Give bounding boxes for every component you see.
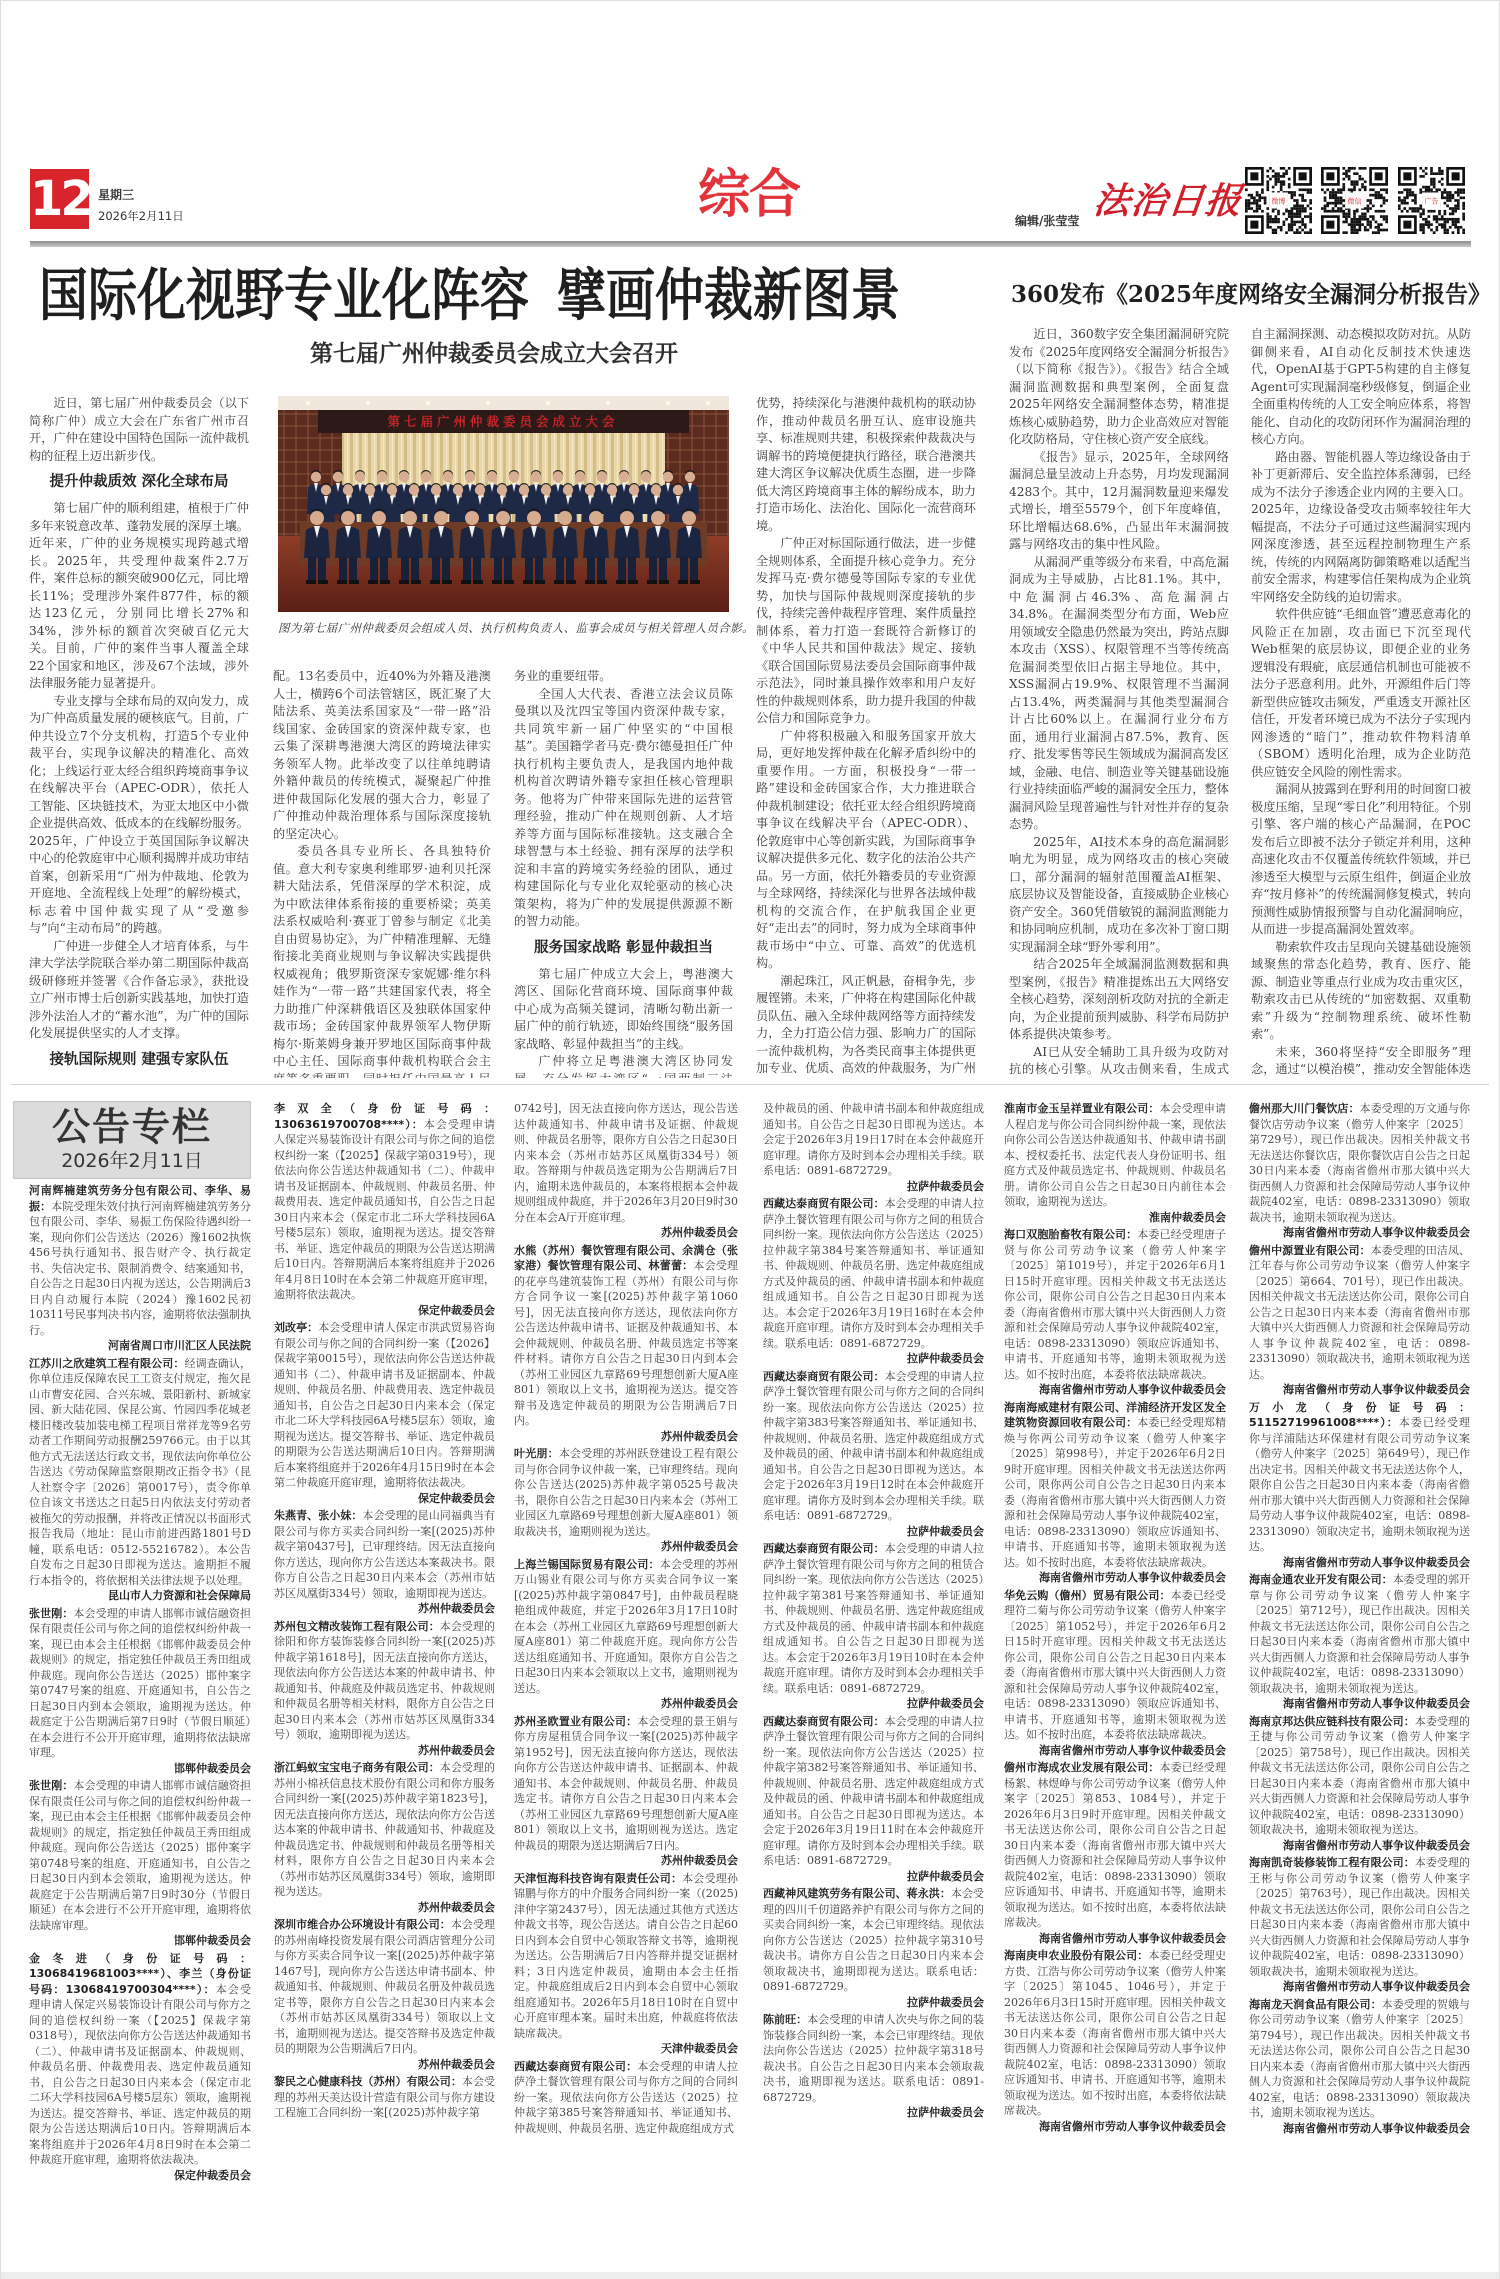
paragraph: 全国人大代表、香港立法会议员陈曼琪以及沈四宝等国内资深仲裁专家，共同筑牢新一届广… (514, 686, 733, 931)
notice-addressee: 西藏达泰商贸有限公司： (763, 1197, 885, 1210)
notice: 海南龙天润食品有限公司：本委受理的贺娥与你公司劳动争议案（儋劳人仲案字〔2025… (1249, 1997, 1470, 2137)
notice-text: 本会受理的苏州万山锡业有限公司与你方买卖合同争议一案[(2025)苏仲裁字第08… (514, 1558, 738, 1695)
notice: 深圳市维合办公环境设计有限公司：本会受理的苏州南峰投资发展有限公司酒店管理分公司… (274, 1917, 495, 2072)
notice-issuer: 海南省儋州市劳动人事争议仲裁委员会 (1249, 1555, 1470, 1571)
notice-issuer: 苏州仲裁委员会 (274, 1601, 495, 1617)
report-column-b: 自主漏洞探测、动态模拟攻防对抗。从防御侧来看，AI自动化反制技术快速迭代，Ope… (1251, 326, 1471, 1078)
weekday: 星期三 (98, 186, 134, 203)
notice-issuer: 河南省周口市川汇区人民法院 (29, 1338, 251, 1354)
notice-text: 本院受理朱效付执行河南辉楠建筑劳务分包有限公司、李华、易振工伤保险待遇纠纷一案，… (29, 1200, 251, 1337)
paragraph: 广仲正对标国际通行做法，进一步健全规则体系，全面提升核心竞争力。充分发挥马克·费… (756, 535, 976, 728)
notice-addressee: 海南京邦达供应链科技有限公司： (1249, 1715, 1415, 1728)
notice-text: 本委已经受理史方贵、江浩与你公司劳动争议案（儋劳人仲案字〔2025〕第1045、… (1004, 1949, 1226, 2117)
notice-text: 本会受理申请人程启龙与你公司合同纠纷仲裁一案，现依法向你公司公告送达仲裁通知书、… (1004, 1102, 1226, 1208)
notice-issuer: 海南省儋州市劳动人事争议仲裁委员会 (1004, 1931, 1226, 1947)
notice-body: 张世刚：本会受理的申请人邯郸市诚信融资担保有限责任公司与你之间的追偿权纠纷仲裁一… (29, 1606, 251, 1761)
notice-body: 刘改亭：本会受理申请人保定市洪武贸易咨询有限公司与你之间的合同纠纷一案（【202… (274, 1320, 495, 1491)
notice-addressee: 海口双胞胎畜牧有限公司： (1004, 1228, 1137, 1241)
masthead-logo: 法治日报 (1091, 169, 1246, 233)
notice-addressee: 江苏川之欣建筑工程有限公司： (29, 1357, 184, 1370)
notice: 及仲裁员的函、仲裁申请书副本和仲裁庭组成通知书。自公告之日起30日即视为送达。本… (763, 1101, 984, 1194)
notice-body: 水熊（苏州）餐饮管理有限公司、余满仓（张家港）餐饮管理有限公司、林蕾蕾：本会受理… (514, 1243, 738, 1429)
paragraph: 接轨国际规则 建强专家队伍 (29, 1043, 249, 1078)
notice-issuer: 苏州仲裁委员会 (514, 1853, 738, 1869)
notice: 苏州包文精改装饰工程有限公司：本会受理的徐阳和你方装饰装修合同纠纷一案[(202… (274, 1619, 495, 1759)
notice-issuer: 海南省儋州市劳动人事争议仲裁委员会 (1249, 1979, 1470, 1995)
bulletin-column-6: 儋州那大川门餐饮店：本委受理的万文通与你餐饮店劳动争议案（儋劳人仲案字〔2025… (1249, 1101, 1470, 2269)
notice-issuer: 邯郸仲裁委员会 (29, 1933, 251, 1949)
notice-addressee: 苏州包文精改装饰工程有限公司： (274, 1620, 440, 1633)
paragraph: 提升仲裁质效 深化全球布局 (29, 465, 249, 500)
notice-text: 本委受理的王彬与你公司劳动争议案（儋劳人仲案字〔2025〕第763号），现已作出… (1249, 1856, 1470, 1978)
notice-text: 本会受理的四川千仞道路养护有限公司与你方之间的买卖合同纠纷一案，本会已审理终结。… (763, 1887, 984, 1993)
notice-text: 本会受理的昆山同福典当有限公司与你方买卖合同纠纷一案[(2025)苏仲裁字第04… (274, 1509, 495, 1600)
notice-body: 西藏达泰商贸有限公司：本会受理的申请人拉萨净土餐饮管理有限公司与你方之间的租赁合… (763, 1541, 984, 1696)
notice-text: 本会受理的申请人拉萨净土餐饮管理有限公司与你方之间的租赁合同纠纷一案。现依法向你… (763, 1542, 984, 1695)
notice-body: 海口双胞胎畜牧有限公司：本委已经受理唐子贤与你公司劳动争议案（儋劳人仲案字〔20… (1004, 1227, 1226, 1382)
notice: 万小龙（身份证号码：51152719961008****）：本委已经受理你与洋浦… (1249, 1400, 1470, 1571)
notice-body: 淮南市金玉呈祥置业有限公司：本会受理申请人程启龙与你公司合同纠纷仲裁一案，现依法… (1004, 1101, 1226, 1210)
notice-issuer: 海南省儋州市劳动人事争议仲裁委员会 (1004, 1570, 1226, 1586)
notice-addressee: 西藏达泰商贸有限公司： (763, 1715, 885, 1728)
notice-body: 陈前旺：本会受理的申请人次央与你之间的装饰装修合同纠纷一案，本会已审理终结。现依… (763, 2012, 984, 2105)
notice-body: 西藏达泰商贸有限公司：本会受理的申请人拉萨净土餐饮管理有限公司与你方之间的合同纠… (763, 1714, 984, 1869)
notice-text: 本会受理申请人保定市洪武贸易咨询有限公司与你之间的合同纠纷一案（【2026】保裁… (274, 1321, 495, 1489)
notice-issuer: 苏州仲裁委员会 (514, 1429, 738, 1445)
notice-text: 本委受理的郭开章与你公司劳动争议案（儋劳人仲案字〔2025〕第712号），现已作… (1249, 1573, 1470, 1695)
report-column-a: 近日，360数字安全集团漏洞研究院发布《2025年度网络安全漏洞分析报告》（以下… (1009, 326, 1229, 1078)
notice-body: 李双全（身份证号码：13063619700708****）：本会受理申请人保定兴… (274, 1101, 495, 1303)
notice-text: 本会受理的徐阳和你方装饰装修合同纠纷一案[(2025)苏仲裁字第1618号]，因… (274, 1620, 495, 1742)
header-rule (30, 241, 1471, 247)
qr-code-weixin-icon: 微信 (1321, 167, 1388, 234)
notice-issuer: 拉萨仲裁委员会 (763, 1179, 984, 1195)
qr-code-ad-icon: 广告 (1398, 167, 1465, 234)
notice-addressee: 海南凯奇装修装饰工程有限公司： (1249, 1856, 1415, 1869)
notice-issuer: 苏州仲裁委员会 (514, 1539, 738, 1555)
notice-issuer: 海南省儋州市劳动人事争议仲裁委员会 (1249, 2121, 1470, 2137)
notice-body: 张世刚：本会受理的申请人邯郸市诚信融资担保有限责任公司与你之间的追偿权纠纷仲裁一… (29, 1778, 251, 1933)
notice-issuer: 海南省儋州市劳动人事争议仲裁委员会 (1249, 1382, 1470, 1398)
notice: 西藏达泰商贸有限公司：本会受理的申请人拉萨净土餐饮管理有限公司与你方之间的租赁合… (763, 1196, 984, 1367)
paragraph: 软件供应链“毛细血管”遭恶意毒化的风险正在加剧，攻击面已下沉至现代Web框架的底… (1251, 606, 1471, 781)
notice-body: 儋州市海成农业发展有限公司：本委已经受理杨絮、林煜峥与你公司劳动争议案（儋劳人仲… (1004, 1760, 1226, 1931)
notice-issuer: 海南省儋州市劳动人事争议仲裁委员会 (1249, 1225, 1470, 1241)
notice-body: 海南金通农业开发有限公司：本委受理的郭开章与你公司劳动争议案（儋劳人仲案字〔20… (1249, 1572, 1470, 1696)
notice-body: 浙江蚂蚁宝宝电子商务有限公司：本会受理的苏州小棉袄信息技术股份有限公司和你方服务… (274, 1760, 495, 1900)
notice-body: 海南京邦达供应链科技有限公司：本委受理的王捷与你公司劳动争议案（儋劳人仲案字〔2… (1249, 1714, 1470, 1838)
notice-addressee: 西藏达泰商贸有限公司： (763, 1370, 885, 1383)
notice-body: 西藏达泰商贸有限公司：本会受理的申请人拉萨净土餐饮管理有限公司与你方之间的合同纠… (763, 1369, 984, 1524)
notice-addressee: 浙江蚂蚁宝宝电子商务有限公司： (274, 1761, 440, 1774)
notice-issuer: 海南省儋州市劳动人事争议仲裁委员会 (1004, 2119, 1226, 2135)
notice-body: 苏州圣欧置业有限公司：本会受理的景王娟与你方房屋租赁合同争议一案[(2025)苏… (514, 1714, 738, 1854)
notice: 黎民之心健康科技（苏州）有限公司：本会受理的苏州天美达设计营造有限公司与你方建设… (274, 2074, 495, 2121)
bulletin-column-4: 及仲裁员的函、仲裁申请书副本和仲裁庭组成通知书。自公告之日起30日即视为送达。本… (763, 1101, 984, 2269)
qr-label: 微信 (1348, 196, 1362, 205)
notice: 水熊（苏州）餐饮管理有限公司、余满仓（张家港）餐饮管理有限公司、林蕾蕾：本会受理… (514, 1243, 738, 1445)
notice-body: 黎民之心健康科技（苏州）有限公司：本会受理的苏州天美达设计营造有限公司与你方建设… (274, 2074, 495, 2121)
notice: 朱燕青、张小妹：本会受理的昆山同福典当有限公司与你方买卖合同纠纷一案[(2025… (274, 1508, 495, 1617)
notice-body: 河南辉楠建筑劳务分包有限公司、李华、易振：本院受理朱效付执行河南辉楠建筑劳务分包… (29, 1183, 251, 1338)
notice-body: 儋州那大川门餐饮店：本委受理的万文通与你餐饮店劳动争议案（儋劳人仲案字〔2025… (1249, 1101, 1470, 1225)
notice-text: 本会受理的苏州南峰投资发展有限公司酒店管理分公司与你方买卖合同争议一案[(202… (274, 1918, 495, 2055)
report-title: 360发布《2025年度网络安全漏洞分析报告》 (1011, 280, 1491, 310)
paragraph: 结合2025年全域漏洞监测数据和典型案例，《报告》精准提炼出五大网络安全核心趋势… (1009, 956, 1229, 1044)
notice-issuer: 拉萨仲裁委员会 (763, 1869, 984, 1885)
notice-addressee: 淮南市金玉呈祥置业有限公司： (1004, 1102, 1159, 1115)
notice-issuer: 海南省儋州市劳动人事争议仲裁委员会 (1249, 1696, 1470, 1712)
notice-issuer: 邯郸仲裁委员会 (29, 1761, 251, 1777)
notice-issuer: 苏州仲裁委员会 (514, 1696, 738, 1712)
bulletin-column-5: 淮南市金玉呈祥置业有限公司：本会受理申请人程启龙与你公司合同纠纷仲裁一案，现依法… (1004, 1101, 1226, 2269)
notice-body: 深圳市维合办公环境设计有限公司：本会受理的苏州南峰投资发展有限公司酒店管理分公司… (274, 1917, 495, 2057)
notice-body: 西藏神风建筑劳务有限公司、蒋永洪：本会受理的四川千仞道路养护有限公司与你方之间的… (763, 1886, 984, 1995)
notice-addressee: 张世刚： (29, 1779, 73, 1792)
notice: 张世刚：本会受理的申请人邯郸市诚信融资担保有限责任公司与你之间的追偿权纠纷仲裁一… (29, 1778, 251, 1949)
notice-body: 金冬进（身份证号码：13068419681003****）、李兰（身份证号码：1… (29, 1951, 251, 2168)
photo-banner-text: 第七届广州仲裁委员会成立大会 (387, 414, 618, 429)
paragraph: 自主漏洞探测、动态模拟攻防对抗。从防御侧来看，AI自动化反制技术快速迭代，Ope… (1251, 326, 1471, 449)
section-title: 综合 (698, 163, 800, 227)
newspaper-page: 12 星期三 2026年2月11日 综合 编辑/张莹莹 法治日报 微博 微信 广… (0, 0, 1500, 2279)
notice-body: 江苏川之欣建筑工程有限公司：经调查确认，你单位违反保障农民工工资支付规定，拖欠昆… (29, 1356, 251, 1589)
notice-text: 本委已经受理符二菊与你公司劳动争议案（儋劳人仲案字〔2025〕第1052号），并… (1004, 1589, 1226, 1742)
notice-issuer: 拉萨仲裁委员会 (763, 2105, 984, 2121)
qr-code-weibo-icon: 微博 (1245, 167, 1312, 234)
paragraph: 广仲进一步健全人才培育体系，与牛津大学法学院联合举办第二期国际仲裁高级研修班并签… (29, 938, 249, 1043)
paragraph: 专业支撑与全球布局的双向发力，成为广仲高质量发展的硬核底气。目前，广仲共设立7个… (29, 693, 249, 938)
article-subtitle: 第七届广州仲裁委员会成立大会召开 (310, 340, 678, 368)
notice-text: 本会受理的申请人邯郸市诚信融资担保有限责任公司与你之间的追偿权纠纷仲裁一案，现已… (29, 1607, 251, 1760)
qr-label: 微博 (1272, 196, 1286, 205)
qr-label: 广告 (1425, 196, 1439, 205)
notice-issuer: 拉萨仲裁委员会 (763, 1995, 984, 2011)
notice-addressee: 西藏神风建筑劳务有限公司、蒋永洪： (763, 1887, 951, 1900)
notice-issuer: 苏州仲裁委员会 (274, 2057, 495, 2073)
notice-addressee: 黎民之心健康科技（苏州）有限公司： (274, 2075, 462, 2088)
notice: 海南金通农业开发有限公司：本委受理的郭开章与你公司劳动争议案（儋劳人仲案字〔20… (1249, 1572, 1470, 1712)
notice: 海南庚申农业股份有限公司：本委已经受理史方贵、江浩与你公司劳动争议案（儋劳人仲案… (1004, 1948, 1226, 2134)
paragraph: 潮起珠江，风正帆悬，奋楫争先，步履铿锵。未来，广仲将在构建国际化仲裁员队伍、融入… (756, 973, 976, 1078)
notice: 儋州那大川门餐饮店：本委受理的万文通与你餐饮店劳动争议案（儋劳人仲案字〔2025… (1249, 1101, 1470, 1241)
notice-text: 本委已经受理你与洋浦陆达环保建材有限公司劳动争议案（儋劳人仲案字〔2025〕第6… (1249, 1416, 1470, 1553)
paragraph: 第七届广仲成立大会上，粤港澳大湾区、国际化营商环境、国际商事仲裁中心成为高频关键… (514, 966, 733, 1054)
notice-body: 天津恒海科技咨询有限责任公司：本会受理孙锦鹏与你方的中介服务合同纠纷一案（(20… (514, 1871, 738, 2042)
notice-addressee: 儋州市海成农业发展有限公司： (1004, 1761, 1159, 1774)
notice-issuer: 保定仲裁委员会 (29, 2168, 251, 2184)
photo-caption: 图为第七届广州仲裁委员会组成人员、执行机构负责人、监事会成员与相关管理人员合影。 (278, 620, 729, 636)
notice-addressee: 西藏达泰商贸有限公司： (763, 1542, 885, 1555)
article-column-3: 务业的重要纽带。全国人大代表、香港立法会议员陈曼琪以及沈四宝等国内资深仲裁专家，… (514, 668, 733, 1078)
notice: 西藏达泰商贸有限公司：本会受理的申请人拉萨净土餐饮管理有限公司与你方之间的合同纠… (514, 2059, 738, 2137)
article-column-4: 优势，持续深化与港澳仲裁机构的联动协作，推动仲裁员名册互认、庭审设施共享、标准规… (756, 395, 976, 1077)
notice-body: 海南龙天润食品有限公司：本委受理的贺娥与你公司劳动争议案（儋劳人仲案字〔2025… (1249, 1997, 1470, 2121)
notice-issuer: 拉萨仲裁委员会 (763, 1524, 984, 1540)
notice-issuer: 淮南仲裁委员会 (1004, 1210, 1226, 1226)
notice-text: 本委受理的万文通与你餐饮店劳动争议案（儋劳人仲案字〔2025〕第729号），现已… (1249, 1102, 1470, 1224)
paragraph: 广仲将积极融入和服务国家开放大局，更好地发挥仲裁在化解矛盾纠纷中的重要作用。一方… (756, 728, 976, 973)
notice: 0742号]，因无法直接向你方送达，现公告送达仲裁通知书、仲裁申请书及证据、仲裁… (514, 1101, 738, 1241)
notice: 刘改亭：本会受理申请人保定市洪武贸易咨询有限公司与你之间的合同纠纷一案（【202… (274, 1320, 495, 1506)
paragraph: 优势，持续深化与港澳仲裁机构的联动协作，推动仲裁员名册互认、庭审设施共享、标准规… (756, 395, 976, 535)
bulletin-title: 公告专栏 (14, 1105, 250, 1149)
notice-addressee: 陈前旺： (763, 2013, 807, 2026)
notice-text: 本委受理的王捷与你公司劳动争议案（儋劳人仲案字〔2025〕第758号），现已作出… (1249, 1715, 1470, 1837)
page-number: 12 (30, 169, 89, 229)
notice-issuer: 苏州仲裁委员会 (274, 1900, 495, 1916)
notice-body: 0742号]，因无法直接向你方送达，现公告送达仲裁通知书、仲裁申请书及证据、仲裁… (514, 1101, 738, 1225)
notice: 苏州圣欧置业有限公司：本会受理的景王娟与你方房屋租赁合同争议一案[(2025)苏… (514, 1714, 738, 1869)
notice-body: 朱燕青、张小妹：本会受理的昆山同福典当有限公司与你方买卖合同纠纷一案[(2025… (274, 1508, 495, 1601)
notice: 金冬进（身份证号码：13068419681003****）、李兰（身份证号码：1… (29, 1951, 251, 2184)
notice: 李双全（身份证号码：13063619700708****）：本会受理申请人保定兴… (274, 1101, 495, 1318)
notice-addressee: 天津恒海科技咨询有限责任公司： (514, 1872, 682, 1885)
notice-text: 本会受理的申请人次央与你之间的装饰装修合同纠纷一案，本会已审理终结。现依法向你公… (763, 2013, 984, 2104)
headline-part-2: 擘画仲裁新图景 (557, 262, 900, 329)
notice: 海口双胞胎畜牧有限公司：本委已经受理唐子贤与你公司劳动争议案（儋劳人仲案字〔20… (1004, 1227, 1226, 1398)
notice: 淮南市金玉呈祥置业有限公司：本会受理申请人程启龙与你公司合同纠纷仲裁一案，现依法… (1004, 1101, 1226, 1225)
notice-addressee: 叶光朋： (514, 1447, 559, 1460)
notice-addressee: 儋州那大川门餐饮店： (1249, 1102, 1360, 1115)
notice-body: 海南庚申农业股份有限公司：本委已经受理史方贵、江浩与你公司劳动争议案（儋劳人仲案… (1004, 1948, 1226, 2119)
issue-date: 2026年2月11日 (98, 208, 184, 224)
notice-addressee: 西藏达泰商贸有限公司： (514, 2060, 637, 2073)
notice-issuer: 保定仲裁委员会 (274, 1491, 495, 1507)
paragraph: 漏洞从披露到在野利用的时间窗口被极度压缩，呈现“零日化”利用特征。个别引擎、客户… (1251, 781, 1471, 939)
notice-addressee: 儋州中源置业有限公司： (1249, 1244, 1371, 1257)
notice-body: 西藏达泰商贸有限公司：本会受理的申请人拉萨净土餐饮管理有限公司与你方之间的合同纠… (514, 2059, 738, 2137)
notice: 西藏神风建筑劳务有限公司、蒋永洪：本会受理的四川千仞道路养护有限公司与你方之间的… (763, 1886, 984, 2010)
paragraph: 从漏洞严重等级分布来看，中高危漏洞成为主导威胁，占比81.1%。其中，中危漏洞占… (1009, 554, 1229, 834)
notice-body: 叶光朋：本会受理的苏州跃登建设工程有限公司与你合同争议仲裁一案，已审理终结。现向… (514, 1446, 738, 1539)
notice-addressee: 上海兰锡国际贸易有限公司： (514, 1558, 660, 1571)
notice-issuer: 保定仲裁委员会 (274, 1303, 495, 1319)
notice-text: 经调查确认，你单位违反保障农民工工资支付规定，拖欠昆山市曹安花园、合兴东城、景阳… (29, 1357, 251, 1587)
notice: 海南京邦达供应链科技有限公司：本委受理的王捷与你公司劳动争议案（儋劳人仲案字〔2… (1249, 1714, 1470, 1854)
group-photo: 第七届广州仲裁委员会成立大会 (278, 396, 729, 612)
notice-text: 本委已经受理郑精焕与你两公司劳动争议案（儋劳人仲案字〔2025〕第998号），并… (1004, 1416, 1226, 1569)
notice-body: 上海兰锡国际贸易有限公司：本会受理的苏州万山锡业有限公司与你方买卖合同争议一案[… (514, 1557, 738, 1697)
headline-part-1: 国际化视野专业化阵容 (39, 262, 529, 329)
notice-text: 本会受理的申请人拉萨净土餐饮管理有限公司与你方之间的合同纠纷一案。现依法向你方公… (763, 1370, 984, 1523)
notice: 儋州中源置业有限公司：本委受理的田洁凤、江年春与你公司劳动争议案（儋劳人仲案字〔… (1249, 1243, 1470, 1398)
editor-credit: 编辑/张莹莹 (1015, 212, 1079, 229)
notice-issuer: 海南省儋州市劳动人事争议仲裁委员会 (1004, 1743, 1226, 1759)
notice: 海南海威建材有限公司、洋浦经济开发区发全建筑物资源回收有限公司：本委已经受理郑精… (1004, 1400, 1226, 1586)
notice: 江苏川之欣建筑工程有限公司：经调查确认，你单位违反保障农民工工资支付规定，拖欠昆… (29, 1356, 251, 1604)
notice-body: 海南海威建材有限公司、洋浦经济开发区发全建筑物资源回收有限公司：本委已经受理郑精… (1004, 1400, 1226, 1571)
article-column-1: 近日，第七届广州仲裁委员会（以下简称广仲）成立大会在广东省广州市召开，广仲在建设… (29, 395, 249, 1077)
notice-addressee: 张世刚： (29, 1607, 73, 1620)
paragraph: 第七届广仲的顺利组建，植根于广仲多年来锐意改革、蓬勃发展的深厚土壤。近年来，广仲… (29, 500, 249, 693)
notice-issuer: 海南省儋州市劳动人事争议仲裁委员会 (1249, 1838, 1470, 1854)
notice: 浙江蚂蚁宝宝电子商务有限公司：本会受理的苏州小棉袄信息技术股份有限公司和你方服务… (274, 1760, 495, 1915)
bulletin-column-3: 0742号]，因无法直接向你方送达，现公告送达仲裁通知书、仲裁申请书及证据、仲裁… (514, 1101, 738, 2269)
paragraph: 2025年，AI技术本身的高危漏洞影响尤为明显，成为网络攻击的核心突破口，部分漏… (1009, 834, 1229, 957)
notice-body: 儋州中源置业有限公司：本委受理的田洁凤、江年春与你公司劳动争议案（儋劳人仲案字〔… (1249, 1243, 1470, 1383)
article-column-2: 配。13名委员中，近40%为外籍及港澳人士，横跨6个司法管辖区，既汇聚了大陆法系… (273, 668, 491, 1078)
notice-text: 本会受理的景王娟与你方房屋租赁合同争议一案[(2025)苏仲裁字第1952号]，… (514, 1715, 738, 1852)
notice: 西藏达泰商贸有限公司：本会受理的申请人拉萨净土餐饮管理有限公司与你方之间的合同纠… (763, 1714, 984, 1885)
notice-issuer: 昆山市人力资源和社会保障局 (29, 1588, 251, 1604)
notice-text: 本会受理申请人保定兴易装饰设计有限公司与你之间的追偿权纠纷一案（【2025】保裁… (274, 1118, 495, 1302)
notice-body: 万小龙（身份证号码：51152719961008****）：本委已经受理你与洋浦… (1249, 1400, 1470, 1555)
paragraph: 务业的重要纽带。 (514, 668, 733, 686)
notice-text: 本会受理申请人保定兴易装饰设计有限公司与你方之间的追偿权纠纷一案（【2025】保… (29, 1983, 251, 2167)
paragraph: 路由器、智能机器人等边缘设备由于补丁更新滞后、安全监控体系薄弱，已经成为不法分子… (1251, 449, 1471, 607)
notice-text: 本会受理的申请人邯郸市诚信融资担保有限责任公司与你之间的追偿权纠纷仲裁一案，现已… (29, 1779, 251, 1932)
paragraph: 委员各具专业所长、各具独特价值。意大利专家奥利维耶罗·迪利贝托深耕大陆法系，凭借… (273, 843, 491, 1078)
notice-addressee: 华免云购（儋州）贸易有限公司： (1004, 1589, 1171, 1602)
paragraph: 近日，第七届广州仲裁委员会（以下简称广仲）成立大会在广东省广州市召开，广仲在建设… (29, 395, 249, 465)
notice-text: 0742号]，因无法直接向你方送达，现公告送达仲裁通知书、仲裁申请书及证据、仲裁… (514, 1102, 738, 1224)
notice-issuer: 天津仲裁委员会 (514, 2041, 738, 2057)
notice-text: 本会受理的花亭鸟建筑装饰工程（苏州）有限公司与你方合同争议一案[(2025)苏仲… (514, 1259, 738, 1427)
notice-issuer: 海南省儋州市劳动人事争议仲裁委员会 (1004, 1382, 1226, 1398)
notice-addressee: 海南金通农业开发有限公司： (1249, 1573, 1393, 1586)
notice: 华免云购（儋州）贸易有限公司：本委已经受理符二菊与你公司劳动争议案（儋劳人仲案字… (1004, 1588, 1226, 1759)
notice-text: 本会受理的申请人拉萨净土餐饮管理有限公司与你方之间的合同纠纷一案。现依法向你方公… (763, 1715, 984, 1868)
paragraph: 配。13名委员中，近40%为外籍及港澳人士，横跨6个司法管辖区，既汇聚了大陆法系… (273, 668, 491, 843)
notice-body: 及仲裁员的函、仲裁申请书副本和仲裁庭组成通知书。自公告之日起30日即视为送达。本… (763, 1101, 984, 1179)
notice: 陈前旺：本会受理的申请人次央与你之间的装饰装修合同纠纷一案，本会已审理终结。现依… (763, 2012, 984, 2121)
bulletin-column-2: 李双全（身份证号码：13063619700708****）：本会受理申请人保定兴… (274, 1101, 495, 2269)
notice: 河南辉楠建筑劳务分包有限公司、李华、易振：本院受理朱效付执行河南辉楠建筑劳务分包… (29, 1183, 251, 1354)
notice: 西藏达泰商贸有限公司：本会受理的申请人拉萨净土餐饮管理有限公司与你方之间的合同纠… (763, 1369, 984, 1540)
notice-addressee: 苏州圣欧置业有限公司： (514, 1715, 637, 1728)
notice-body: 西藏达泰商贸有限公司：本会受理的申请人拉萨净土餐饮管理有限公司与你方之间的租赁合… (763, 1196, 984, 1351)
notice-issuer: 苏州仲裁委员会 (514, 1225, 738, 1241)
notice-text: 本委已经受理杨絮、林煜峥与你公司劳动争议案（儋劳人仲案字〔2025〕第853、1… (1004, 1761, 1226, 1929)
notice-text: 本委受理的田洁凤、江年春与你公司劳动争议案（儋劳人仲案字〔2025〕第664、7… (1249, 1244, 1470, 1381)
notice-text: 本委已经受理唐子贤与你公司劳动争议案（儋劳人仲案字〔2025〕第1019号），并… (1004, 1228, 1226, 1381)
paragraph: AI已从安全辅助工具升级为攻防对抗的核心引擎。从攻击侧来看，生成式AI大幅提升了… (1009, 1044, 1229, 1079)
notice: 海南凯奇装修装饰工程有限公司：本委受理的王彬与你公司劳动争议案（儋劳人仲案字〔2… (1249, 1855, 1470, 1995)
notice-text: 本会受理的申请人拉萨净土餐饮管理有限公司与你方之间的租赁合同纠纷一案。现依法向你… (763, 1197, 984, 1350)
notice-issuer: 拉萨仲裁委员会 (763, 1696, 984, 1712)
paragraph: 《报告》显示，2025年，全球网络漏洞总量呈波动上升态势，月均发现漏洞4283个… (1009, 449, 1229, 554)
notice: 张世刚：本会受理的申请人邯郸市诚信融资担保有限责任公司与你之间的追偿权纠纷仲裁一… (29, 1606, 251, 1777)
notice-addressee: 海南龙天润食品有限公司： (1249, 1998, 1382, 2011)
notice-issuer: 苏州仲裁委员会 (274, 1743, 495, 1759)
page-bottom-edge (1, 2272, 1500, 2279)
bulletin-date: 2026年2月11日 (14, 1149, 250, 1173)
notice-issuer: 拉萨仲裁委员会 (763, 1351, 984, 1367)
bulletin-column-1: 河南辉楠建筑劳务分包有限公司、李华、易振：本院受理朱效付执行河南辉楠建筑劳务分包… (29, 1183, 251, 2269)
paragraph: 勒索软件攻击呈现向关键基础设施领域聚焦的常态化趋势，教育、医疗、能源、制造业等重… (1251, 939, 1471, 1044)
notice-text: 本会受理的苏州小棉袄信息技术股份有限公司和你方服务合同纠纷一案[(2025)苏仲… (274, 1761, 495, 1898)
notice: 叶光朋：本会受理的苏州跃登建设工程有限公司与你合同争议仲裁一案，已审理终结。现向… (514, 1446, 738, 1555)
paragraph: 未来，360将坚持“安全即服务”理念，通过“以模治模”，推动安全智能体迭代升级，… (1251, 1044, 1471, 1079)
paragraph: 服务国家战略 彰显仲裁担当 (514, 931, 733, 966)
notice: 天津恒海科技咨询有限责任公司：本会受理孙锦鹏与你方的中介服务合同纠纷一案（(20… (514, 1871, 738, 2057)
notice-body: 海南凯奇装修装饰工程有限公司：本委受理的王彬与你公司劳动争议案（儋劳人仲案字〔2… (1249, 1855, 1470, 1979)
paragraph: 广仲将立足粤港澳大湾区协同发展，充分发挥大湾区“一国两制三法系”的独特 (514, 1053, 733, 1078)
notice-addressee: 刘改亭： (274, 1321, 318, 1334)
notice-body: 苏州包文精改装饰工程有限公司：本会受理的徐阳和你方装饰装修合同纠纷一案[(202… (274, 1619, 495, 1743)
notice: 儋州市海成农业发展有限公司：本委已经受理杨絮、林煜峥与你公司劳动争议案（儋劳人仲… (1004, 1760, 1226, 1946)
paragraph: 近日，360数字安全集团漏洞研究院发布《2025年度网络安全漏洞分析报告》（以下… (1009, 326, 1229, 449)
notice: 西藏达泰商贸有限公司：本会受理的申请人拉萨净土餐饮管理有限公司与你方之间的租赁合… (763, 1541, 984, 1712)
bulletin-title-box: 公告专栏 2026年2月11日 (13, 1101, 251, 1179)
article-headline: 国际化视野专业化阵容擘画仲裁新图景 (39, 265, 900, 325)
notice-text: 本会受理的苏州跃登建设工程有限公司与你合同争议仲裁一案，已审理终结。现向你公告送… (514, 1447, 738, 1538)
notice-text: 本会受理孙锦鹏与你方的中介服务合同纠纷一案（(2025)津仲字第2437号），因… (514, 1872, 738, 2040)
notice-addressee: 海南庚申农业股份有限公司： (1004, 1949, 1148, 1962)
notice-text: 及仲裁员的函、仲裁申请书副本和仲裁庭组成通知书。自公告之日起30日即视为送达。本… (763, 1102, 984, 1177)
notice-text: 本委受理的贺娥与你公司劳动争议案（儋劳人仲案字〔2025〕第794号），现已作出… (1249, 1998, 1470, 2120)
notice-body: 华免云购（儋州）贸易有限公司：本委已经受理符二菊与你公司劳动争议案（儋劳人仲案字… (1004, 1588, 1226, 1743)
notice-addressee: 朱燕青、张小妹： (274, 1509, 362, 1522)
notice-addressee: 深圳市维合办公环境设计有限公司： (274, 1918, 451, 1931)
notice: 上海兰锡国际贸易有限公司：本会受理的苏州万山锡业有限公司与你方买卖合同争议一案[… (514, 1557, 738, 1712)
section-divider (11, 1084, 1489, 1085)
